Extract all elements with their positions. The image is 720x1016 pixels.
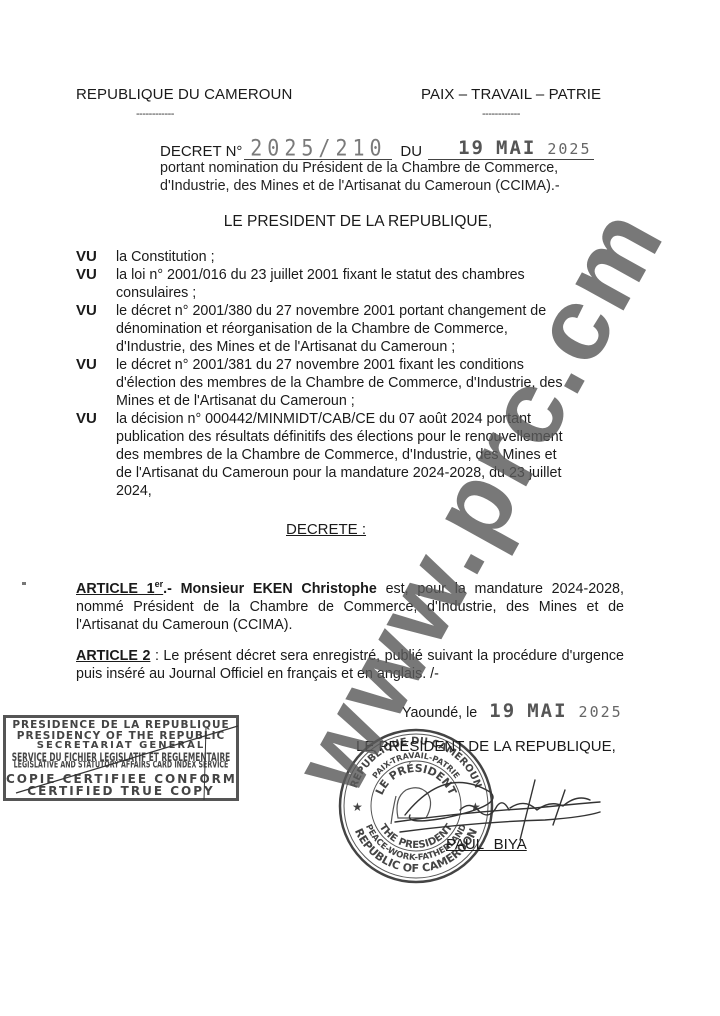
vu-label: VU xyxy=(76,302,116,356)
decree-number: 2025/210 xyxy=(244,135,392,161)
place-date-prefix: Yaoundé, le xyxy=(402,705,477,721)
vu-label: VU xyxy=(76,356,116,410)
vu-text-line: le décret n° 2001/381 du 27 novembre 200… xyxy=(116,356,636,374)
vu-text-line: la loi n° 2001/016 du 23 juillet 2001 fi… xyxy=(116,266,636,284)
decree-subject-line-1: portant nomination du Président de la Ch… xyxy=(160,159,558,177)
vu-text: la décision n° 000442/MINMIDT/CAB/CE du … xyxy=(116,410,636,500)
vu-label: VU xyxy=(76,410,116,500)
vu-text-line: Mines et de l'Artisanat du Cameroun ; xyxy=(116,392,636,410)
vu-text: le décret n° 2001/380 du 27 novembre 200… xyxy=(116,302,636,356)
vu-label: VU xyxy=(76,248,116,266)
header-country: REPUBLIQUE DU CAMEROUN xyxy=(76,86,292,103)
header-motto: PAIX – TRAVAIL – PATRIE xyxy=(421,86,601,103)
vu-text: le décret n° 2001/381 du 27 novembre 200… xyxy=(116,356,636,410)
vu-text-line: 2024, xyxy=(116,482,636,500)
vu-item: VUle décret n° 2001/381 du 27 novembre 2… xyxy=(76,356,636,410)
president-heading: LE PRESIDENT DE LA REPUBLIQUE, xyxy=(0,213,718,231)
stamp-strike-lines xyxy=(6,718,238,800)
vu-text-line: la décision n° 000442/MINMIDT/CAB/CE du … xyxy=(116,410,636,428)
vu-text: la loi n° 2001/016 du 23 juillet 2001 fi… xyxy=(116,266,636,302)
vu-text-line: d'Industrie, des Mines et de l'Artisanat… xyxy=(116,338,636,356)
vu-item: VUla loi n° 2001/016 du 23 juillet 2001 … xyxy=(76,266,636,302)
vu-text-line: de l'Artisanat du Cameroun pour la manda… xyxy=(116,464,636,482)
decree-number-line: DECRET N° 2025/210 DU 19 MAI 2025 xyxy=(160,137,594,160)
signatory-name: PAUL BIYA xyxy=(446,836,527,853)
vu-label: VU xyxy=(76,266,116,302)
place-date: Yaoundé, le 19 MAI 2025 xyxy=(402,700,623,722)
vu-text-line: publication des résultats définitifs des… xyxy=(116,428,636,446)
svg-text:★: ★ xyxy=(352,800,363,814)
decrete-heading: DECRETE : xyxy=(286,521,366,538)
article-2-text: : Le présent décret sera enregistré, pub… xyxy=(76,648,624,682)
article-2: ARTICLE 2 : Le présent décret sera enreg… xyxy=(76,647,624,683)
vu-text-line: des membres de la Chambre de Commerce, d… xyxy=(116,446,636,464)
decree-subject-line-2: d'Industrie, des Mines et de l'Artisanat… xyxy=(160,177,560,195)
article-1-label: ARTICLE 1er xyxy=(76,581,163,597)
margin-mark xyxy=(22,582,26,585)
signatory-title: LE PRESIDENT DE LA REPUBLIQUE, xyxy=(356,738,616,755)
header-country-separator: ------------ xyxy=(136,108,174,120)
decree-date-field: 19 MAI 2025 xyxy=(428,137,594,160)
vu-text-line: la Constitution ; xyxy=(116,248,636,266)
appointee-name: EKEN Christophe xyxy=(253,581,377,597)
vu-item: VUla décision n° 000442/MINMIDT/CAB/CE d… xyxy=(76,410,636,500)
vu-text-line: d'élection des membres de la Chambre de … xyxy=(116,374,636,392)
decree-label: DECRET N° xyxy=(160,143,242,160)
certified-copy-stamp: PRESIDENCE DE LA REPUBLIQUE PRESIDENCY O… xyxy=(3,715,239,801)
vu-text-line: le décret n° 2001/380 du 27 novembre 200… xyxy=(116,302,636,320)
vu-item: VUle décret n° 2001/380 du 27 novembre 2… xyxy=(76,302,636,356)
decree-du-label: DU xyxy=(400,143,422,160)
vu-item: VUla Constitution ; xyxy=(76,248,636,266)
signature-date-stamp: 19 MAI 2025 xyxy=(489,700,622,722)
article-2-label: ARTICLE 2 xyxy=(76,648,150,664)
decree-number-field: 2025/210 xyxy=(244,137,392,160)
article-1-name-prefix: Monsieur xyxy=(181,581,245,597)
vu-text-line: dénomination et réorganisation de la Cha… xyxy=(116,320,636,338)
vu-text: la Constitution ; xyxy=(116,248,636,266)
header-motto-separator: ------------ xyxy=(482,108,520,120)
article-1: ARTICLE 1er.- Monsieur EKEN Christophe e… xyxy=(76,575,624,634)
decree-date-stamp: 19 MAI 2025 xyxy=(458,137,591,159)
vu-text-line: consulaires ; xyxy=(116,284,636,302)
